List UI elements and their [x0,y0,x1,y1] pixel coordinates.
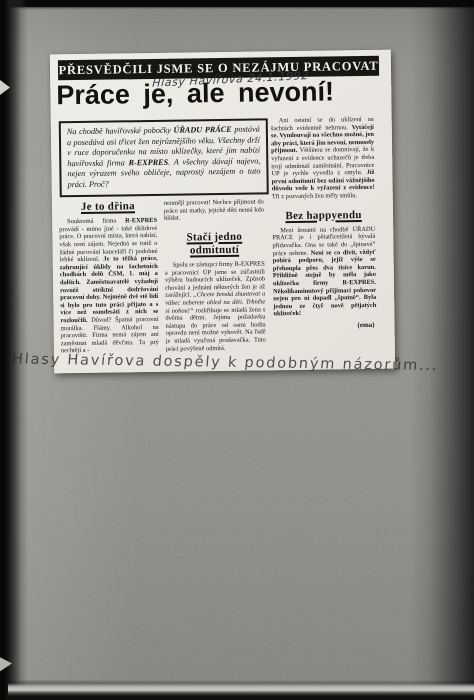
middle-body-text: Spolu se zástupci firmy R-EXPRES a praco… [165,260,266,353]
newspaper-clipping: PŘESVĚDČILI JSME SE O NEZÁJMU PRACOVAT H… [50,50,395,374]
lede-text: Na chodbě havířovské pobočky ÚŘADU PRÁCE… [67,124,261,190]
section-heading-bez-happyendu: Bez happyendu [272,209,375,224]
bottom-page-edge [8,680,474,700]
column-right: Ani ostatní se do uklízení na šachtách e… [271,116,377,364]
section-heading-je-to-drina: Je to dřina [59,200,157,214]
column-middle: neumějí pracovat! Nechce přijmout do prá… [164,198,266,367]
book-spine [0,0,28,700]
left-body-text: Soukromá firma R-EXPRES provádí - mimo j… [59,217,159,355]
photo-top-shadow [0,0,474,9]
section-heading-staci-jedno-odmitnuti: Stačí jedno odmítnutí [164,230,264,258]
lede-box: Na chodbě havířovské pobočky ÚŘADU PRÁCE… [59,118,269,197]
right-intro-text: Ani ostatní se do uklízení na šachtách e… [271,116,375,201]
album-photo: PŘESVĚDČILI JSME SE O NEZÁJMU PRACOVAT H… [0,0,474,700]
column-left: Je to dřina Soukromá firma R-EXPRES prov… [59,200,159,369]
right-body-text: Mezi ženami na chodbě ÚŘADU PRÁCE je i p… [272,226,376,319]
right-page-vignette [410,0,474,700]
author-signature: (ema) [274,321,377,331]
middle-leadin-text: neumějí pracovat! Nechce přijmout do prá… [164,198,264,222]
